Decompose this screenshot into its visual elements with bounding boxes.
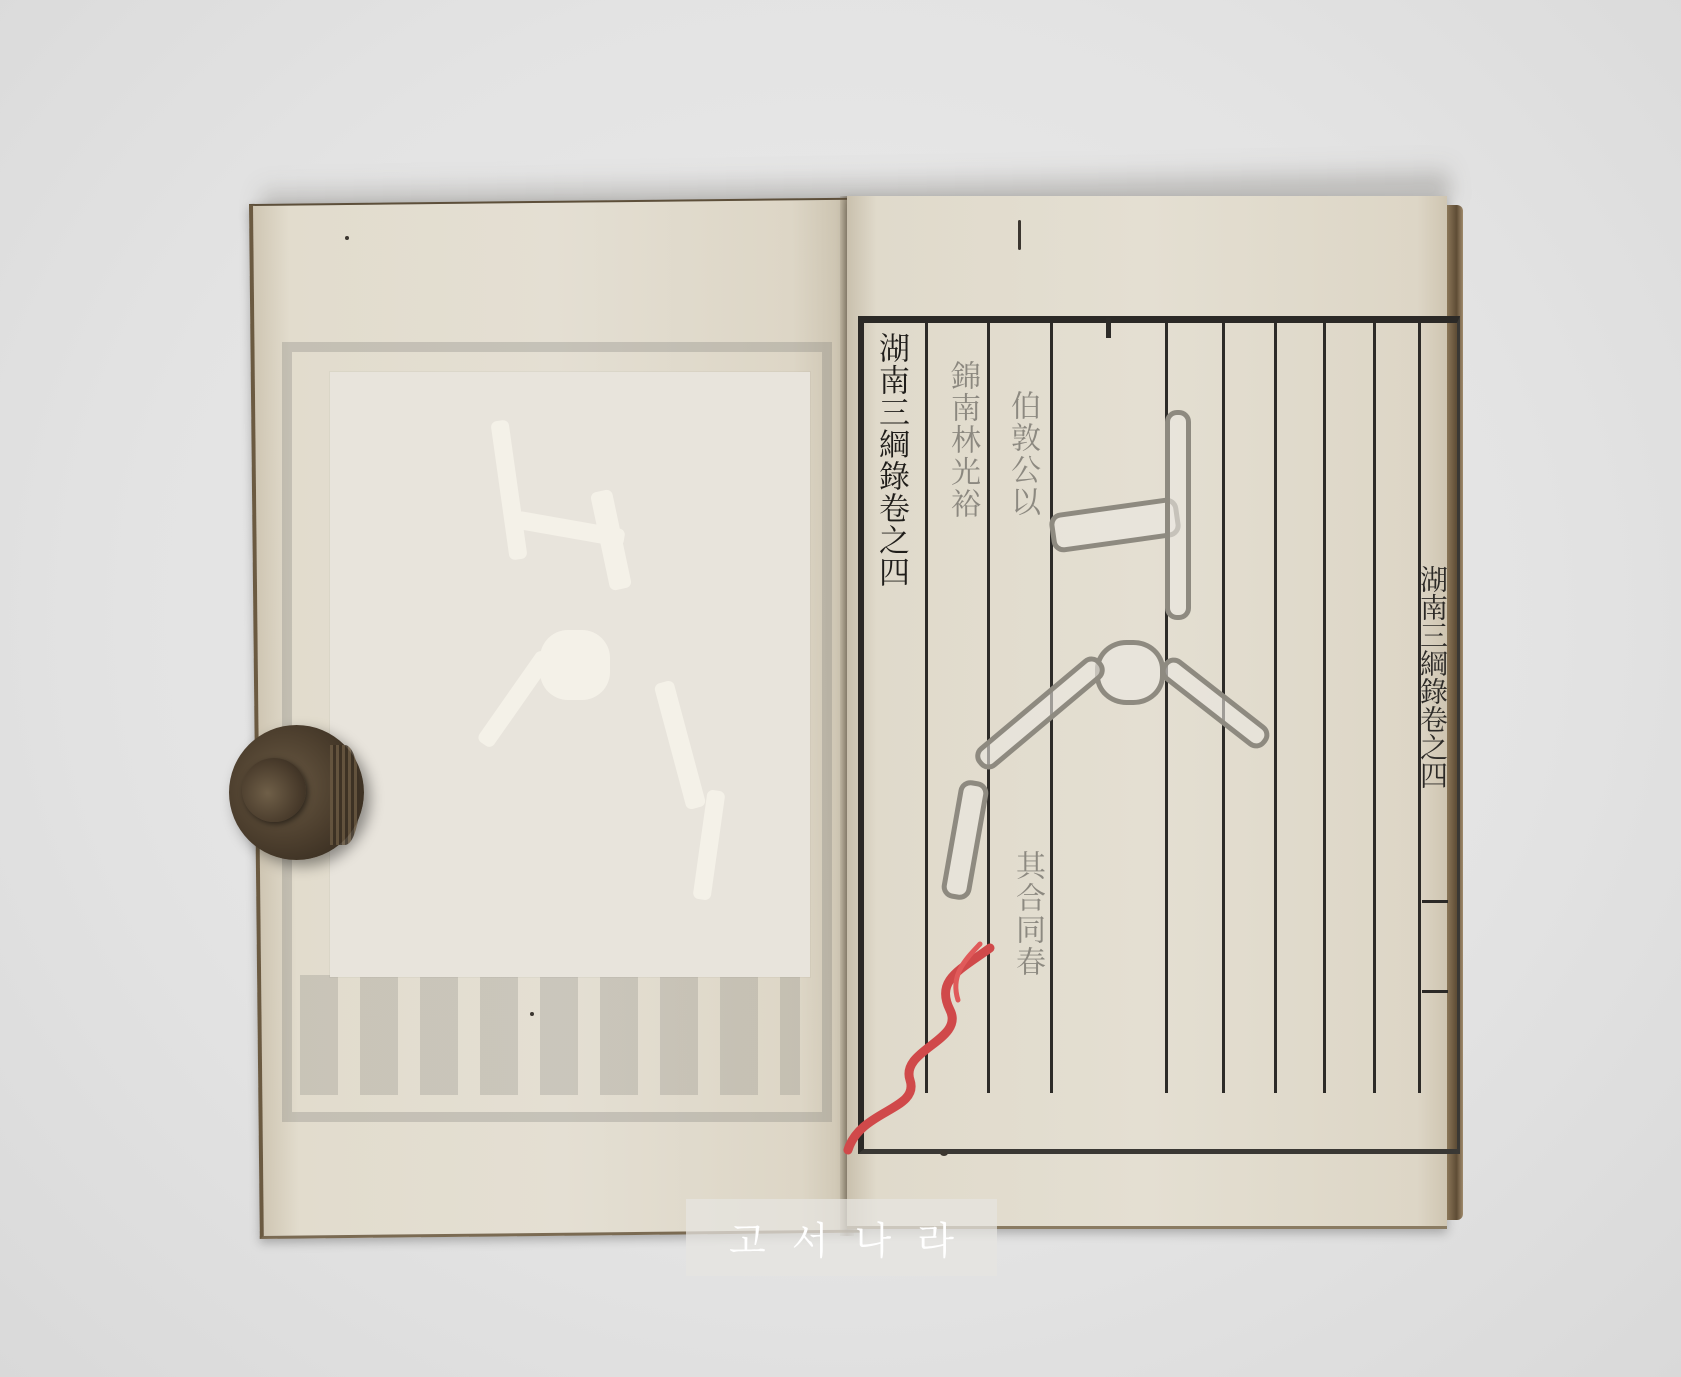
volume-title: 湖南三綱錄卷之四 [874, 332, 914, 588]
watermark: 고 서 나 라 [686, 1199, 997, 1276]
column-rule [1106, 318, 1111, 338]
worm-damage [540, 630, 610, 700]
bleed-through-text [300, 975, 800, 1095]
paper-speck [345, 236, 349, 240]
paper-speck [1018, 220, 1021, 250]
paper-speck [530, 1012, 534, 1016]
body-text-column: 錦南林光裕 [940, 360, 984, 520]
red-thread-bookmark [840, 940, 1010, 1160]
watermark-char: 라 [917, 1210, 954, 1265]
body-text-column: 其合同春 [1005, 850, 1049, 978]
paperweight-rings [330, 745, 360, 845]
column-rule [1274, 323, 1277, 1093]
watermark-char: 고 [729, 1210, 766, 1265]
body-text-column: 伯敦公以 [1000, 390, 1044, 518]
column-rule [1373, 323, 1376, 1093]
worm-trail [1095, 640, 1165, 705]
worm-trail [1165, 410, 1191, 620]
watermark-char: 서 [792, 1210, 829, 1265]
column-rule [1323, 323, 1326, 1093]
fore-edge-title: 湖南三綱錄卷之四 [1418, 565, 1452, 789]
page-mark [1422, 900, 1448, 903]
paperweight-knob [242, 758, 306, 822]
watermark-char: 나 [855, 1210, 892, 1265]
paper-speck [940, 1150, 948, 1156]
page-mark [1422, 990, 1448, 993]
